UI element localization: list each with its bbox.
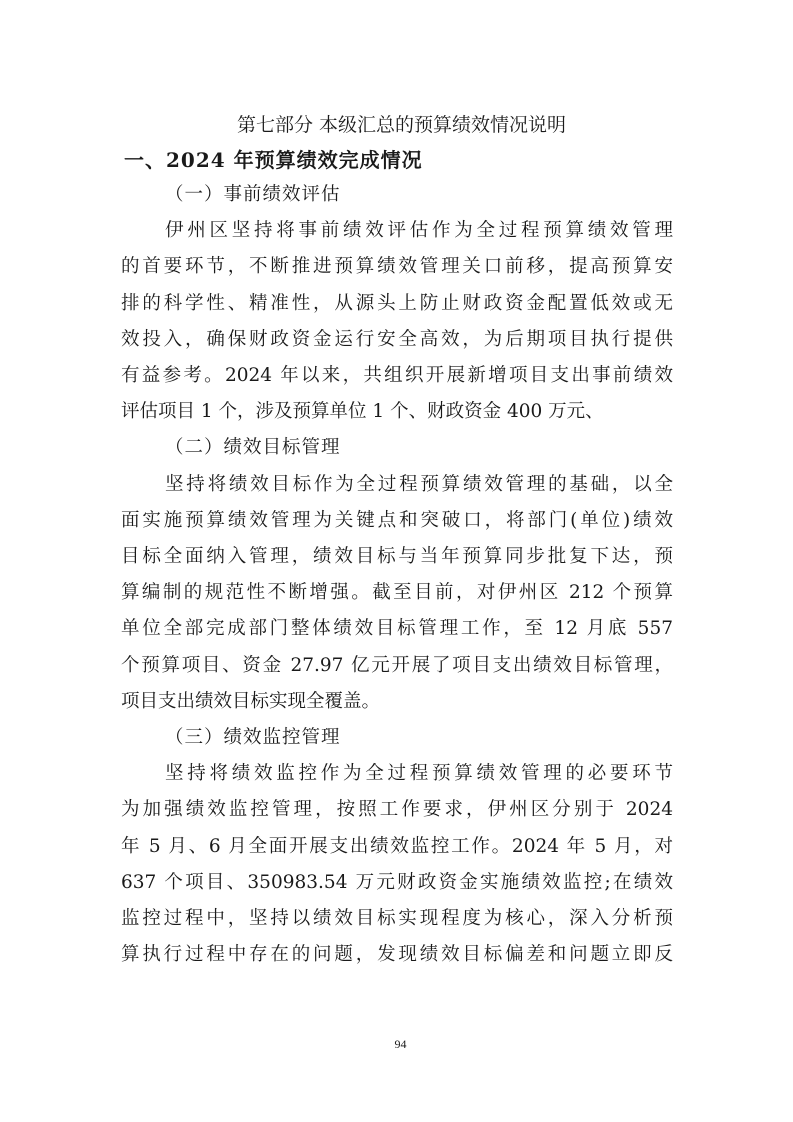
text-line: 伊州区坚持将事前绩效评估作为全过程预算绩效管理 — [121, 213, 673, 249]
text-line: 单位全部完成部门整体绩效目标管理工作，至 12 月底 557 — [121, 611, 673, 647]
text-line: 的首要环节，不断推进预算绩效管理关口前移，提高预算安 — [121, 249, 673, 285]
subsection-heading-3: （三）绩效监控管理 — [121, 720, 673, 756]
text-line: 目标全面纳入管理，绩效目标与当年预算同步批复下达，预 — [121, 539, 673, 575]
paragraph-pre-assessment: 伊州区坚持将事前绩效评估作为全过程预算绩效管理 的首要环节，不断推进预算绩效管理… — [121, 213, 673, 430]
text-line: 面实施预算绩效管理为关键点和突破口，将部门(单位)绩效 — [121, 503, 673, 539]
paragraph-monitoring-management: 坚持将绩效监控作为全过程预算绩效管理的必要环节 为加强绩效监控管理，按照工作要求… — [121, 756, 673, 973]
text-line: 监控过程中，坚持以绩效目标实现程度为核心，深入分析预 — [121, 901, 673, 937]
text-line: 个预算项目、资金 27.97 亿元开展了项目支出绩效目标管理， — [121, 648, 673, 684]
text-line: 坚持将绩效目标作为全过程预算绩效管理的基础，以全 — [121, 467, 673, 503]
subsection-heading-2: （二）绩效目标管理 — [121, 430, 673, 466]
document-page: 第七部分 本级汇总的预算绩效情况说明 一、2024 年预算绩效完成情况 （一）事… — [0, 0, 793, 1122]
text-line: 年 5 月、6 月全面开展支出绩效监控工作。2024 年 5 月，对 — [121, 829, 673, 865]
text-line: 有益参考。2024 年以来，共组织开展新增项目支出事前绩效 — [121, 358, 673, 394]
text-line: 坚持将绩效监控作为全过程预算绩效管理的必要环节 — [121, 756, 673, 792]
text-line: 637 个项目、350983.54 万元财政资金实施绩效监控;在绩效 — [121, 865, 673, 901]
text-line: 效投入，确保财政资金运行安全高效，为后期项目执行提供 — [121, 322, 673, 358]
page-number: 94 — [0, 1037, 793, 1052]
text-line: 算编制的规范性不断增强。截至目前，对伊州区 212 个预算 — [121, 575, 673, 611]
text-line: 排的科学性、精准性，从源头上防止财政资金配置低效或无 — [121, 286, 673, 322]
section-heading: 一、2024 年预算绩效完成情况 — [124, 144, 423, 176]
text-line: 为加强绩效监控管理，按照工作要求，伊州区分别于 2024 — [121, 792, 673, 828]
text-line: 评估项目 1 个，涉及预算单位 1 个、财政资金 400 万元、 — [121, 394, 673, 430]
page-title: 第七部分 本级汇总的预算绩效情况说明 — [0, 109, 793, 141]
document-body: （一）事前绩效评估 伊州区坚持将事前绩效评估作为全过程预算绩效管理 的首要环节，… — [121, 177, 673, 973]
subsection-heading-1: （一）事前绩效评估 — [121, 177, 673, 213]
text-line: 项目支出绩效目标实现全覆盖。 — [121, 684, 673, 720]
paragraph-target-management: 坚持将绩效目标作为全过程预算绩效管理的基础，以全 面实施预算绩效管理为关键点和突… — [121, 467, 673, 720]
text-line: 算执行过程中存在的问题，发现绩效目标偏差和问题立即反 — [121, 937, 673, 973]
